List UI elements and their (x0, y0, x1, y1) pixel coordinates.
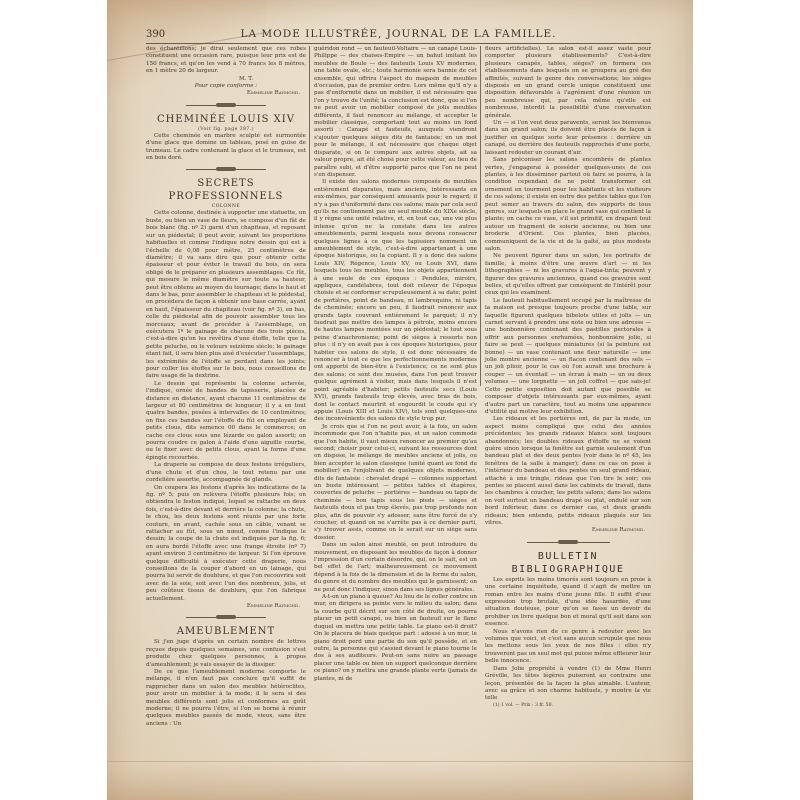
ameublement-paragraph: A-t-on un piano à queue? Au lieu de le c… (314, 594, 477, 683)
ameublement-signature: Emmeline Raymond. (485, 527, 651, 534)
secrets-signature: Emmeline Raymond. (146, 603, 306, 610)
journal-title: LA MODE ILLUSTRÉE, JOURNAL DE LA FAMILLE… (206, 28, 651, 40)
ornament-divider (146, 165, 306, 173)
secrets-paragraph: La draperie se compose de deux festons i… (146, 462, 306, 484)
intro-paragraph: des échantillons; je dirai seulement que… (146, 46, 306, 76)
cheminee-title: CHEMINÉE LOUIS XIV (146, 113, 306, 126)
page-number: 390 (146, 29, 206, 40)
copy-note: Pour copie conforme : (146, 83, 306, 90)
bulletin-paragraph: Nous n'avons rien de ce genre à redouter… (485, 629, 651, 666)
secrets-paragraph: On coupera les festons d'après les indic… (146, 485, 306, 604)
paper-bottom-edge (107, 761, 693, 800)
ameublement-paragraph: Si j'en juge d'après un certain nombre d… (146, 639, 306, 669)
ameublement-continued: guéridon rond — un fauteuil-Voltaire — u… (314, 46, 477, 179)
secrets-paragraph: Le dessin qui représente la colonne ache… (146, 381, 306, 462)
column-divider-1 (309, 46, 310, 371)
header-rule (146, 43, 651, 44)
ameublement-paragraph: Un — si l'on veut deux paravents, seront… (485, 120, 651, 157)
ameublement-title: AMEUBLEMENT (146, 625, 306, 638)
column-3: fleurs artificielles). Le salon est-il a… (485, 46, 651, 709)
secrets-paragraph: Cette colonne, destinée à supporter une … (146, 210, 306, 380)
bulletin-paragraph: Les esprits les moins timorés sont toujo… (485, 577, 651, 629)
ameublement-paragraph: Dans un salon ainsi meublé, on peut intr… (314, 542, 477, 594)
ameublement-paragraph: Le fauteuil habituellement occupé par la… (485, 298, 651, 417)
ameublement-continued: fleurs artificielles). Le salon est-il a… (485, 46, 651, 120)
column-divider-2 (480, 46, 481, 386)
ornament-divider (146, 101, 306, 109)
ornament-divider (146, 613, 306, 621)
ameublement-paragraph: Ne peuvent figurer dans un salon, les po… (485, 253, 651, 297)
ameublement-paragraph: De ce que l'ameublement moderne comporte… (146, 669, 306, 728)
ameublement-paragraph: Il existe des salons modernes composés d… (314, 179, 477, 423)
ameublement-paragraph: Les rideaux et les portières ont, de par… (485, 416, 651, 527)
column-2: guéridon rond — un fauteuil-Voltaire — u… (314, 46, 477, 683)
running-header: 390 LA MODE ILLUSTRÉE, JOURNAL DE LA FAM… (146, 28, 651, 42)
cheminee-text: Cette cheminée en marbre sculpté est sur… (146, 133, 306, 163)
ameublement-paragraph: Je crois que si l'on ne peut avoir, à la… (314, 424, 477, 543)
newspaper-page: 390 LA MODE ILLUSTRÉE, JOURNAL DE LA FAM… (107, 0, 693, 800)
column-1: des échantillons; je dirai seulement que… (146, 46, 306, 728)
bulletin-title: BULLETIN BIBLIOGRAPHIQUE (485, 550, 651, 576)
bulletin-paragraph: Dans Jolie propriété à vendre (1) de Mme… (485, 666, 651, 703)
secrets-title: SECRETS PROFESSIONNELS (146, 177, 306, 203)
ameublement-paragraph: Sans préconiser les salons encombrés de … (485, 157, 651, 253)
bulletin-footnote: (1) 1 vol. — Prix : 3 fr. 50. (485, 703, 651, 709)
intro-signature: Emmeline Raymond. (146, 90, 306, 97)
ornament-divider (485, 538, 651, 546)
intro-initials: M. T. (146, 76, 306, 83)
